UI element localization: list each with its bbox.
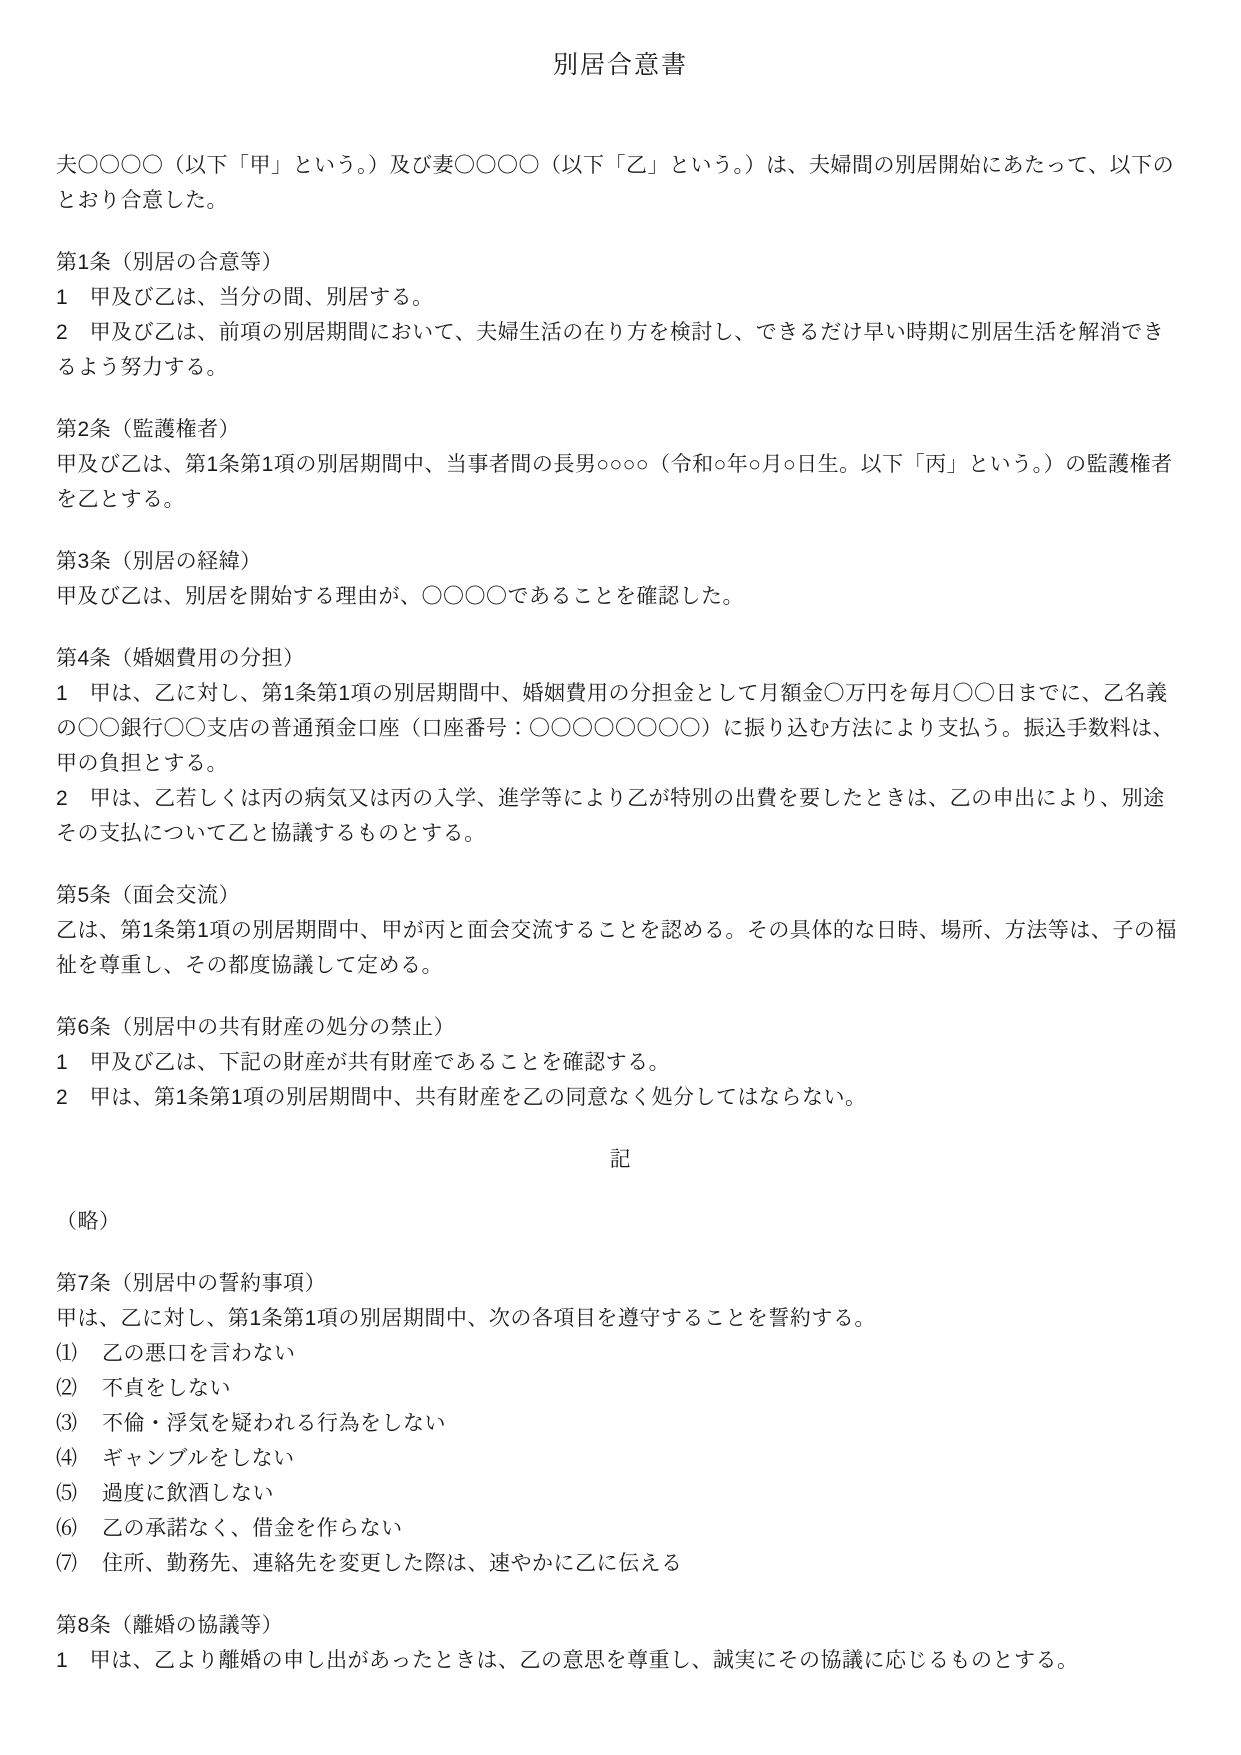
article-3-heading: 第3条（別居の経緯） xyxy=(56,544,1185,579)
pledge-item-2-marker: ⑵ xyxy=(56,1371,102,1406)
article-7-lead: 甲は、乙に対し、第1条第1項の別居期間中、次の各項目を遵守することを誓約する。 xyxy=(56,1301,1185,1336)
article-2: 第2条（監護権者） 甲及び乙は、第1条第1項の別居期間中、当事者間の長男○○○○… xyxy=(56,412,1185,517)
article-4: 第4条（婚姻費用の分担） 1 甲は、乙に対し、第1条第1項の別居期間中、婚姻費用… xyxy=(56,641,1185,851)
pledge-item-5-marker: ⑸ xyxy=(56,1476,102,1511)
pledge-item-6: ⑹ 乙の承諾なく、借金を作らない xyxy=(56,1511,1185,1546)
article-4-paragraph-1: 1 甲は、乙に対し、第1条第1項の別居期間中、婚姻費用の分担金として月額金〇万円… xyxy=(56,676,1185,781)
article-7-heading: 第7条（別居中の誓約事項） xyxy=(56,1266,1185,1301)
article-8-paragraph-1: 1 甲は、乙より離婚の申し出があったときは、乙の意思を尊重し、誠実にその協議に応… xyxy=(56,1643,1185,1678)
article-3: 第3条（別居の経緯） 甲及び乙は、別居を開始する理由が、〇〇〇〇であることを確認… xyxy=(56,544,1185,614)
ki-block: 記 xyxy=(56,1142,1185,1177)
article-2-paragraph-1: 甲及び乙は、第1条第1項の別居期間中、当事者間の長男○○○○（令和○年○月○日生… xyxy=(56,447,1185,517)
pledge-item-6-marker: ⑹ xyxy=(56,1511,102,1546)
article-6-paragraph-2: 2 甲は、第1条第1項の別居期間中、共有財産を乙の同意なく処分してはならない。 xyxy=(56,1080,1185,1115)
article-1-heading: 第1条（別居の合意等） xyxy=(56,245,1185,280)
pledge-item-3-marker: ⑶ xyxy=(56,1406,102,1441)
article-2-heading: 第2条（監護権者） xyxy=(56,412,1185,447)
article-3-paragraph-1: 甲及び乙は、別居を開始する理由が、〇〇〇〇であることを確認した。 xyxy=(56,579,1185,614)
article-1-paragraph-2: 2 甲及び乙は、前項の別居期間において、夫婦生活の在り方を検討し、できるだけ早い… xyxy=(56,315,1185,385)
pledge-item-4-text: ギャンブルをしない xyxy=(102,1441,295,1476)
article-4-heading: 第4条（婚姻費用の分担） xyxy=(56,641,1185,676)
pledge-item-4: ⑷ ギャンブルをしない xyxy=(56,1441,1185,1476)
pledge-item-5: ⑸ 過度に飲酒しない xyxy=(56,1476,1185,1511)
ki-marker: 記 xyxy=(56,1142,1185,1177)
pledge-item-1-marker: ⑴ xyxy=(56,1336,102,1371)
omission-text: （略） xyxy=(56,1204,1185,1239)
pledge-item-3: ⑶ 不倫・浮気を疑われる行為をしない xyxy=(56,1406,1185,1441)
article-5-paragraph-1: 乙は、第1条第1項の別居期間中、甲が丙と面会交流することを認める。その具体的な日… xyxy=(56,913,1185,983)
pledge-item-6-text: 乙の承諾なく、借金を作らない xyxy=(102,1511,403,1546)
intro-block: 夫〇〇〇〇（以下「甲」という。）及び妻〇〇〇〇（以下「乙」という。）は、夫婦間の… xyxy=(56,148,1185,218)
article-5-heading: 第5条（面会交流） xyxy=(56,878,1185,913)
pledge-item-5-text: 過度に飲酒しない xyxy=(102,1476,274,1511)
article-6: 第6条（別居中の共有財産の処分の禁止） 1 甲及び乙は、下記の財産が共有財産であ… xyxy=(56,1010,1185,1115)
article-7: 第7条（別居中の誓約事項） 甲は、乙に対し、第1条第1項の別居期間中、次の各項目… xyxy=(56,1266,1185,1581)
pledge-item-7: ⑺ 住所、勤務先、連絡先を変更した際は、速やかに乙に伝える xyxy=(56,1546,1185,1581)
article-8-heading: 第8条（離婚の協議等） xyxy=(56,1608,1185,1643)
article-6-paragraph-1: 1 甲及び乙は、下記の財産が共有財産であることを確認する。 xyxy=(56,1045,1185,1080)
omission-block: （略） xyxy=(56,1204,1185,1239)
article-8: 第8条（離婚の協議等） 1 甲は、乙より離婚の申し出があったときは、乙の意思を尊… xyxy=(56,1608,1185,1678)
pledge-item-1: ⑴ 乙の悪口を言わない xyxy=(56,1336,1185,1371)
pledge-item-7-marker: ⑺ xyxy=(56,1546,102,1581)
document-title: 別居合意書 xyxy=(56,50,1185,80)
article-1: 第1条（別居の合意等） 1 甲及び乙は、当分の間、別居する。 2 甲及び乙は、前… xyxy=(56,245,1185,385)
document-page: 別居合意書 夫〇〇〇〇（以下「甲」という。）及び妻〇〇〇〇（以下「乙」という。）… xyxy=(0,0,1241,1755)
pledge-item-1-text: 乙の悪口を言わない xyxy=(102,1336,296,1371)
pledge-item-3-text: 不倫・浮気を疑われる行為をしない xyxy=(102,1406,446,1441)
article-5: 第5条（面会交流） 乙は、第1条第1項の別居期間中、甲が丙と面会交流することを認… xyxy=(56,878,1185,983)
pledge-item-7-text: 住所、勤務先、連絡先を変更した際は、速やかに乙に伝える xyxy=(102,1546,683,1581)
article-6-heading: 第6条（別居中の共有財産の処分の禁止） xyxy=(56,1010,1185,1045)
article-1-paragraph-1: 1 甲及び乙は、当分の間、別居する。 xyxy=(56,280,1185,315)
pledge-item-4-marker: ⑷ xyxy=(56,1441,102,1476)
pledge-item-2-text: 不貞をしない xyxy=(102,1371,231,1406)
pledge-item-2: ⑵ 不貞をしない xyxy=(56,1371,1185,1406)
intro-paragraph: 夫〇〇〇〇（以下「甲」という。）及び妻〇〇〇〇（以下「乙」という。）は、夫婦間の… xyxy=(56,148,1185,218)
article-4-paragraph-2: 2 甲は、乙若しくは丙の病気又は丙の入学、進学等により乙が特別の出費を要したとき… xyxy=(56,781,1185,851)
